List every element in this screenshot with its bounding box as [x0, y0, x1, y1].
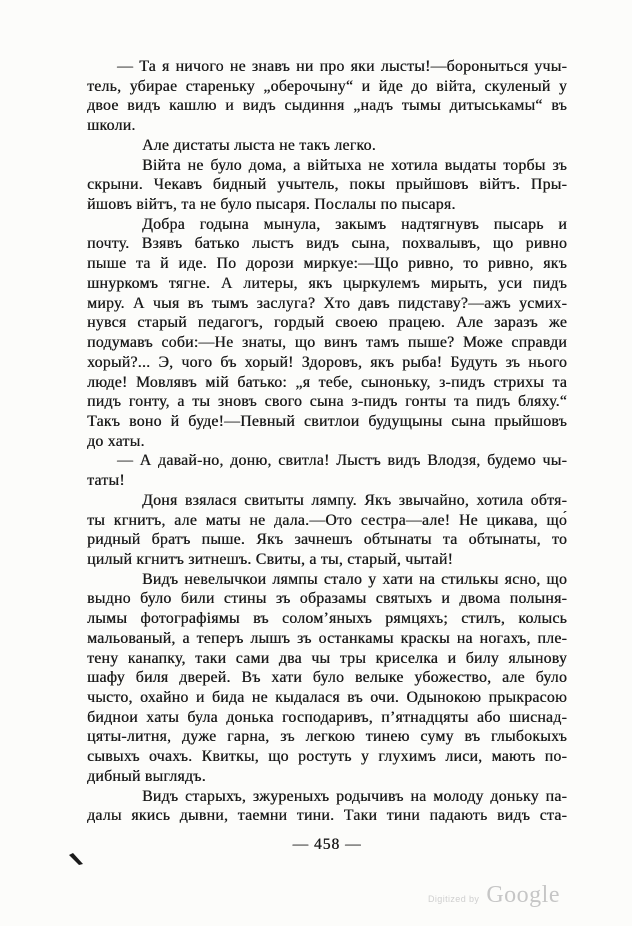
text-line: школи.	[87, 116, 567, 136]
text-line: Такъ воно й буде!—Певный свитлои будущын…	[87, 412, 567, 432]
text-line: чысто, охайно и бида не кыдалася въ очи.…	[87, 688, 567, 708]
text-line: мальованый, а теперъ лышъ зъ останкамы к…	[87, 629, 567, 649]
google-logo: Google	[486, 882, 560, 909]
text-line: люде! Мовлявъ мій батько: „я тебе, сынон…	[87, 373, 567, 393]
text-line: до хаты.	[87, 432, 567, 452]
text-line: цилый кгнитъ зитнешъ. Свиты, а ты, стары…	[87, 550, 567, 570]
text-line: Війта не було дома, а війтыха не хотила …	[87, 156, 567, 176]
text-line: Видъ старыхъ, зжуреныхъ родычивъ на моло…	[87, 787, 567, 807]
text-line: биднои хаты була донька господаривъ, п’я…	[87, 708, 567, 728]
page-text-block: — Та я ничого не знавъ ни про яки лысты!…	[87, 57, 567, 826]
text-line: Але дистаты лыста не такъ легко.	[87, 136, 567, 156]
text-line: пидъ гонту, а ты зновъ свого сына з-пидъ…	[87, 392, 567, 412]
digitized-by-google-watermark: Digitized by Google	[428, 882, 560, 909]
text-line: лымы фотографіямы въ солом’яныхъ рямцяхъ…	[87, 609, 567, 629]
text-line: — А давай-но, доню, свитла! Лыстъ видъ В…	[87, 451, 567, 471]
text-line: цяты-литня, дуже гарна, зъ легкою тинею …	[87, 727, 567, 747]
text-line: далы якись дывни, таемни тини. Таки тини…	[87, 806, 567, 826]
text-line: двое видъ кашлю и видъ сыдиння „надъ тым…	[87, 96, 567, 116]
text-line: миру. А чыя въ тымъ заслуга? Хто давъ пи…	[87, 294, 567, 314]
text-line: выдно було били стины зъ образамы святых…	[87, 589, 567, 609]
text-line: шафу биля дверей. Въ хати було велыке уб…	[87, 668, 567, 688]
text-line: тену канапку, таки сами два чы тры крисе…	[87, 649, 567, 669]
text-line: Видъ невелычкои лямпы стало у хати на ст…	[87, 570, 567, 590]
text-line: йшовъ війтъ, та не було пысаря. Послалы …	[87, 195, 567, 215]
text-line: тель, убирае стареньку „оберочыну“ и йде…	[87, 77, 567, 97]
text-line: подумавъ соби:—Не знаты, що винъ тамъ пы…	[87, 333, 567, 353]
scanned-book-page: — Та я ничого не знавъ ни про яки лысты!…	[0, 0, 632, 926]
text-line: — Та я ничого не знавъ ни про яки лысты!…	[87, 57, 567, 77]
text-line: ридный братъ пыше. Якъ зачнешъ обтынаты …	[87, 530, 567, 550]
text-line: таты!	[87, 471, 567, 491]
text-line: сывыхъ очахъ. Квиткы, що ростуть у глухи…	[87, 747, 567, 767]
text-line: Добра годына мынула, закымъ надтягнувъ п…	[87, 215, 567, 235]
text-line: шнуркомъ тягне. А литеры, якъ цыркулемъ …	[87, 274, 567, 294]
text-line: ты кгнитъ, але маты не дала.—Ото сестра—…	[87, 511, 567, 531]
digitized-by-label: Digitized by	[428, 894, 479, 904]
text-line: хорый?... Э, чого бъ хорый! Здоровъ, якъ…	[87, 353, 567, 373]
text-line: пыше та й иде. По дорози миркуе:—Що ривн…	[87, 254, 567, 274]
ink-smudge-mark	[68, 852, 85, 867]
text-line: Доня взялася свитыты лямпу. Якъ звычайно…	[87, 491, 567, 511]
text-line: скрыни. Чекавъ бидный учытель, покы прый…	[87, 175, 567, 195]
page-number: — 458 —	[87, 836, 567, 854]
text-line: нувся старый педагогъ, гордый своею прац…	[87, 313, 567, 333]
text-line: дибный выглядъ.	[87, 767, 567, 787]
text-line: почту. Взявъ батько лыстъ видъ сына, пох…	[87, 234, 567, 254]
